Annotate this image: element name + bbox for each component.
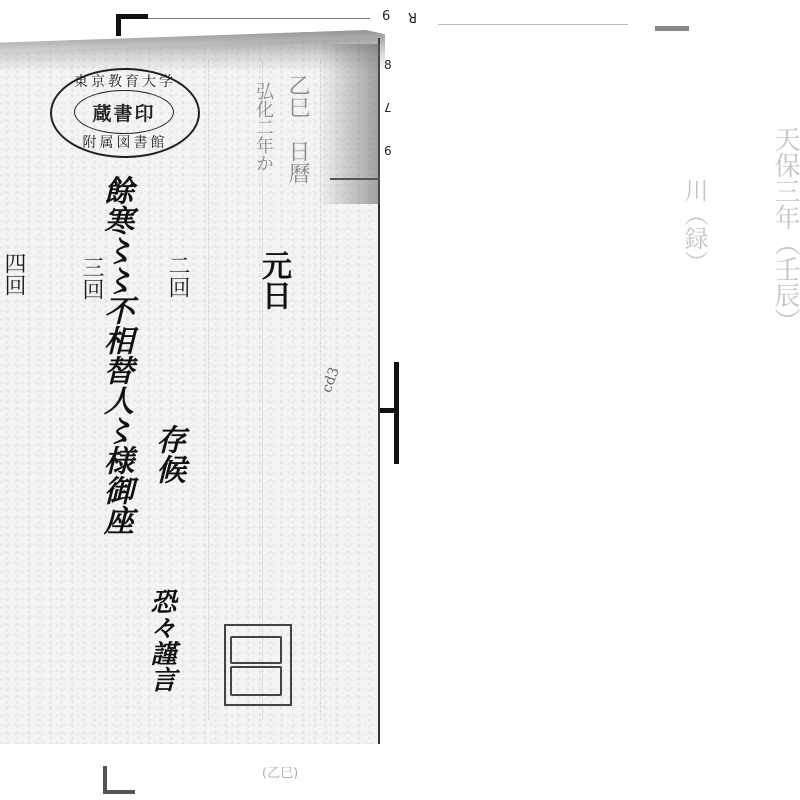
crop-mark-top-right: [655, 26, 689, 31]
era-annotation: 弘化二年か: [254, 82, 272, 172]
registration-mark-vertical: [394, 362, 399, 464]
ruler-number: 6: [382, 9, 390, 24]
side-number: 6: [384, 144, 392, 158]
page-right-edge-shadow: [318, 44, 380, 204]
side-number: 7: [384, 100, 392, 114]
crop-mark-bottom-left-horizontal: [103, 790, 135, 794]
entry-label-fourth: 四回: [2, 252, 24, 296]
ruler-letter: R: [408, 9, 417, 24]
side-number: 8: [384, 58, 392, 72]
brush-column-greeting: 存候: [152, 424, 182, 484]
ruler-top-line-right: [438, 24, 628, 25]
library-stamp: 東京教育大学 蔵書印 附属図書館: [50, 68, 200, 158]
stamp-bottom-text: 附属図書館: [60, 132, 190, 152]
show-through-right-column: 天保三年（壬辰）: [772, 126, 798, 334]
show-through-left-column: 川（録）: [682, 178, 706, 274]
brush-column-main: 餘寒〻〻不相替人〻様御座: [100, 175, 130, 535]
ruled-line: [208, 60, 210, 720]
crop-mark-top-left-horizontal: [116, 14, 148, 19]
ruler-top-line: [148, 18, 370, 19]
stamp-top-text: 東京教育大学: [60, 71, 190, 91]
brush-column-closing: 恐々謹言: [148, 588, 174, 692]
stamp-center-text: 蔵書印: [74, 90, 174, 134]
bracket-mark-upper: [230, 636, 282, 664]
fold-line: [330, 178, 380, 180]
title-annotation: 乙巳 日曆: [286, 74, 308, 184]
entry-label-new-year: 元日: [258, 250, 288, 310]
entry-label-second: 二回: [166, 254, 188, 298]
bracket-mark-lower: [230, 666, 282, 696]
margin-note: (乙巳): [262, 762, 298, 781]
